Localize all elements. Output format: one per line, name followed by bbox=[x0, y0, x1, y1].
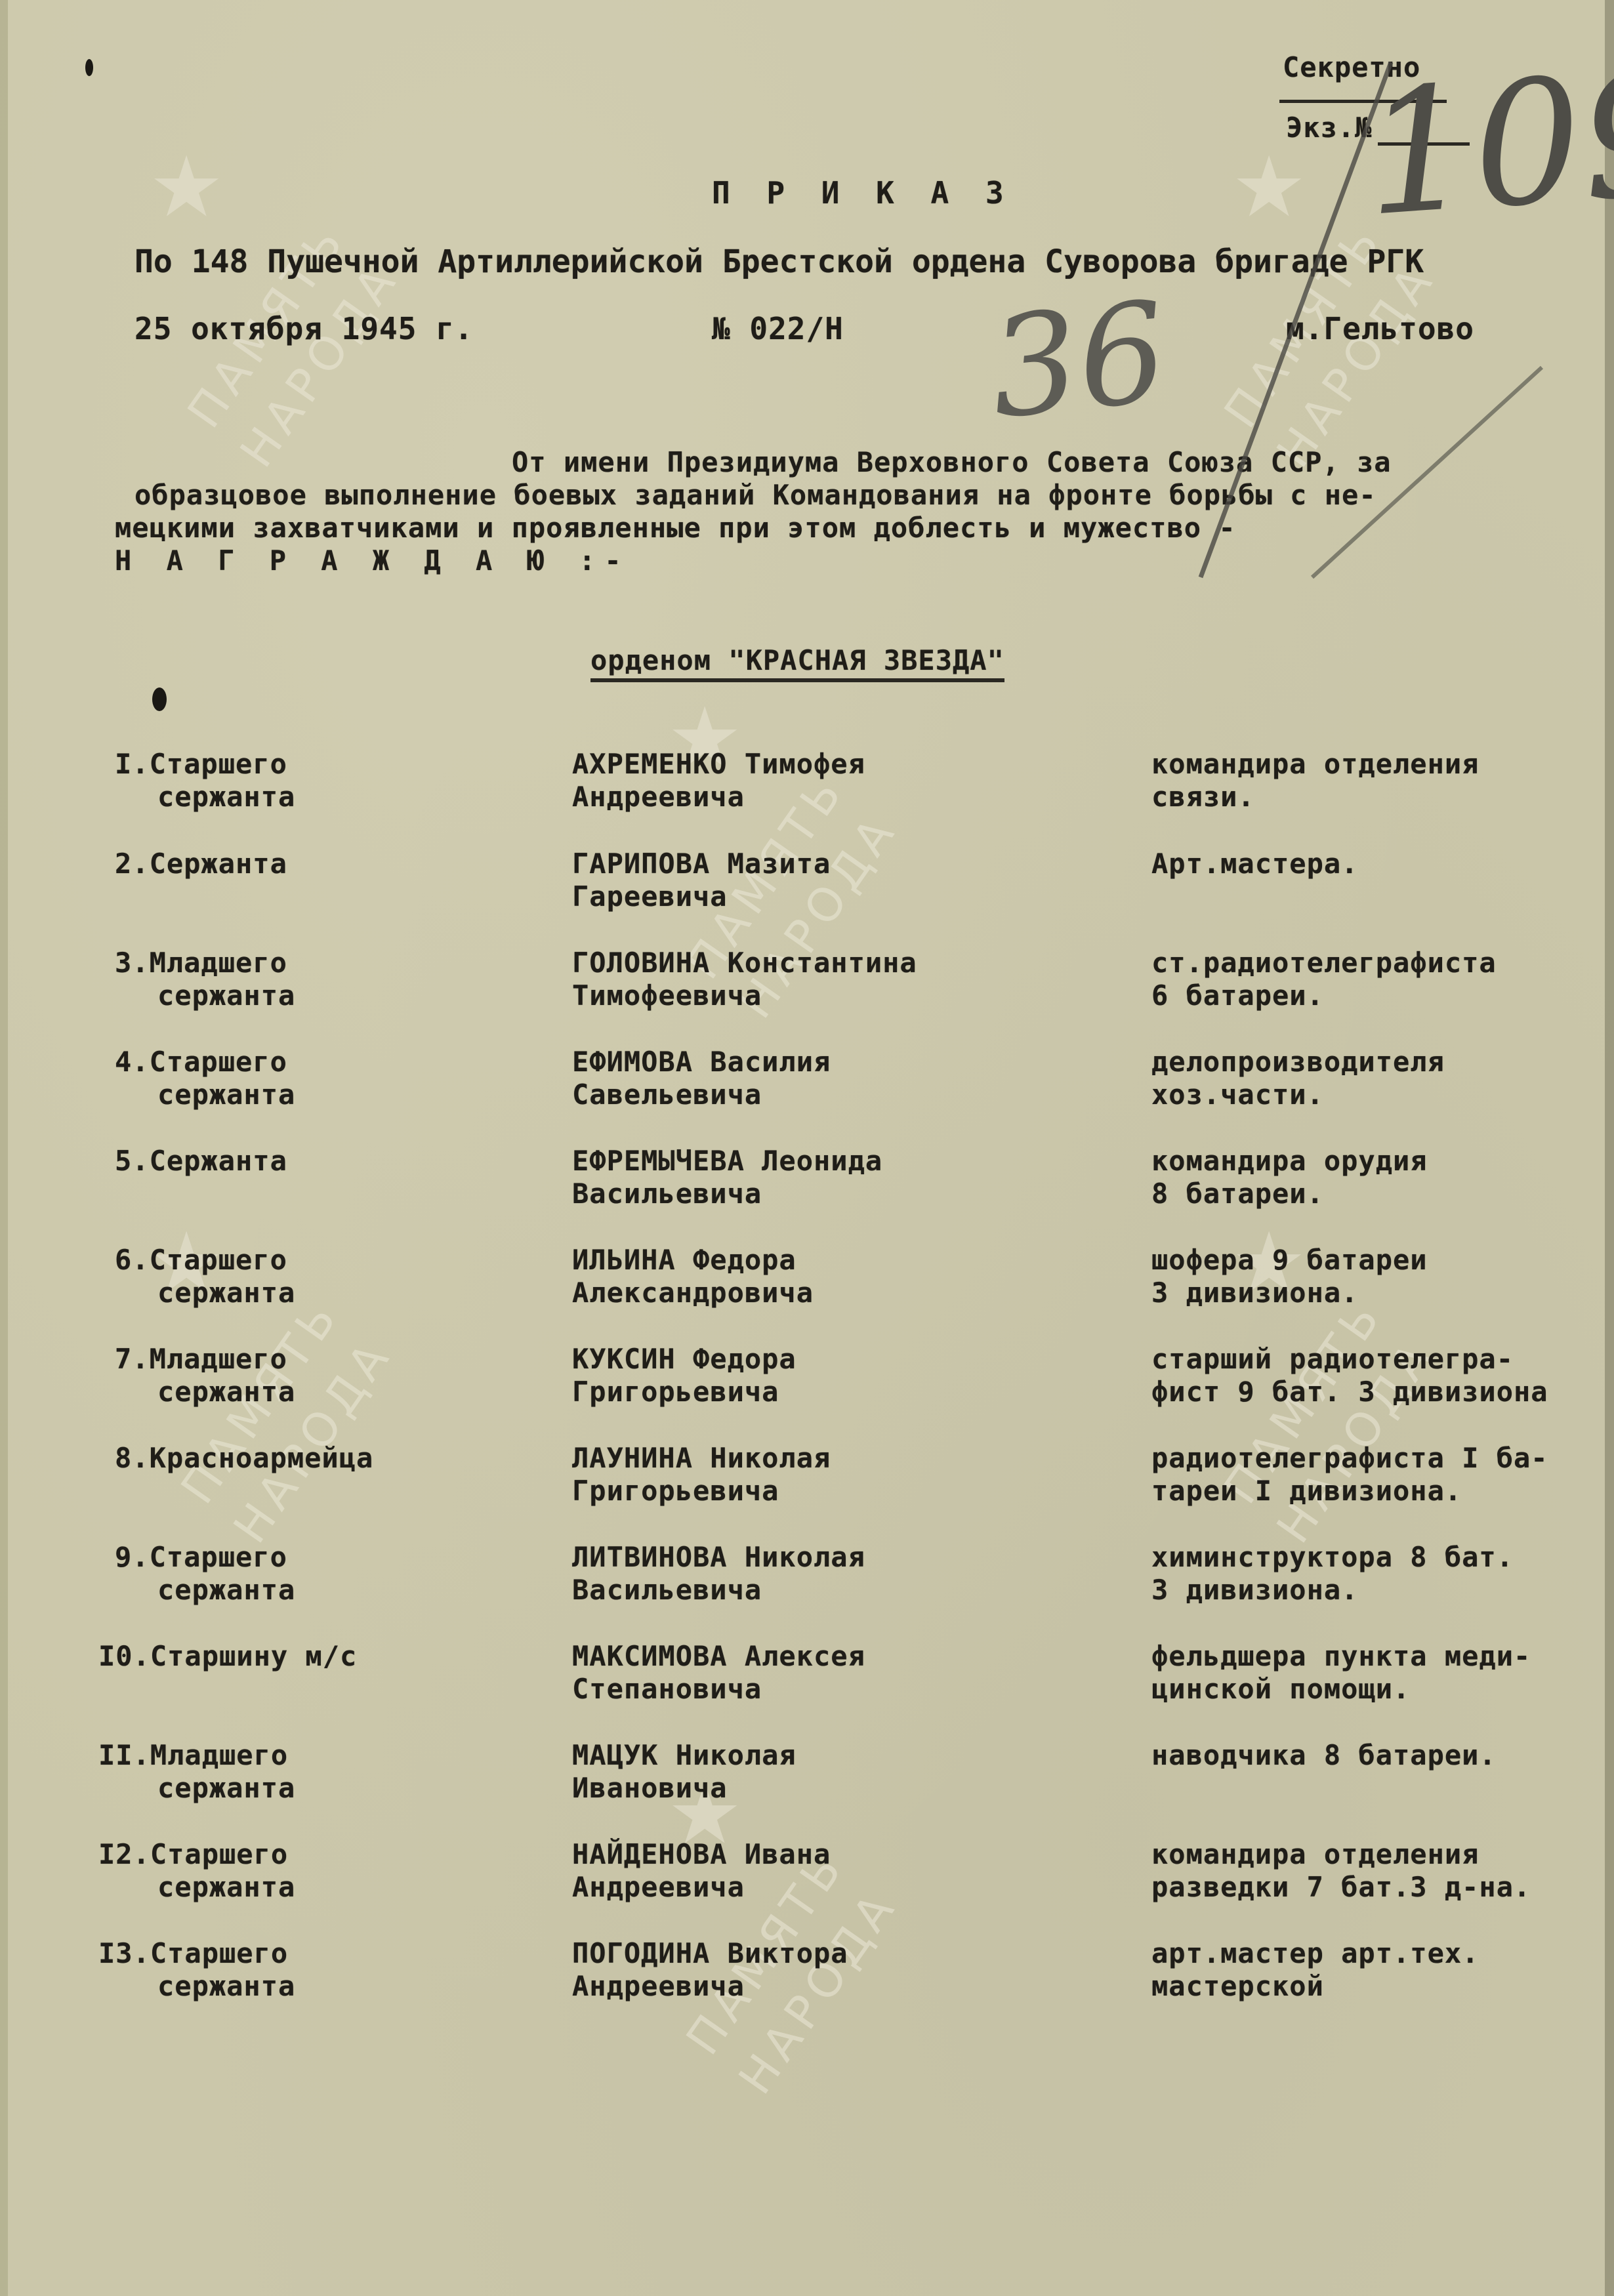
awardee-rank: I2.Старшегосержанта bbox=[98, 1838, 295, 1904]
awardee-rank: 6.Старшегосержанта bbox=[115, 1244, 295, 1309]
awardee-position: арт.мастер арт.тех.мастерской bbox=[1151, 1937, 1479, 2003]
awardee-name: ЕФРЕМЫЧЕВА ЛеонидаВасильевича bbox=[572, 1145, 882, 1210]
punch-hole bbox=[152, 687, 167, 711]
awardee-rank: I.Старшегосержанта bbox=[115, 748, 295, 813]
awardee-name: ГОЛОВИНА КонстантинаТимофеевича bbox=[572, 947, 917, 1012]
awardee-position: химинструктора 8 бат.3 дивизиона. bbox=[1151, 1541, 1514, 1607]
awardee-name: АХРЕМЕНКО ТимофеяАндреевича bbox=[572, 748, 865, 813]
awardee-position: наводчика 8 батареи. bbox=[1151, 1739, 1497, 1772]
pencil-stroke-icon bbox=[0, 0, 1614, 590]
awardee-name: ЛИТВИНОВА НиколаяВасильевича bbox=[572, 1541, 865, 1607]
awardee-name: МАЦУК НиколаяИвановича bbox=[572, 1739, 797, 1805]
awardee-rank: 7.Младшегосержанта bbox=[115, 1343, 295, 1408]
awardee-name: ЕФИМОВА ВасилияСавельевича bbox=[572, 1046, 831, 1111]
awardee-name: НАЙДЕНОВА ИванаАндреевича bbox=[572, 1838, 831, 1904]
document-page: ★ ПАМЯТЬ НАРОДА ★ ПАМЯТЬ НАРОДА ★ ПАМЯТЬ… bbox=[0, 0, 1614, 2296]
awardee-rank: 5.Сержанта bbox=[115, 1145, 287, 1178]
awardee-name: ИЛЬИНА ФедораАлександровича bbox=[572, 1244, 814, 1309]
awardee-position: шофера 9 батареи3 дивизиона. bbox=[1151, 1244, 1428, 1309]
awardee-position: делопроизводителяхоз.части. bbox=[1151, 1046, 1445, 1111]
awardee-rank: 9.Старшегосержанта bbox=[115, 1541, 295, 1607]
awardee-position: командира отделенияразведки 7 бат.3 д-на… bbox=[1151, 1838, 1531, 1904]
awardee-name: ЛАУНИНА НиколаяГригорьевича bbox=[572, 1442, 831, 1507]
awardee-rank: I3.Старшегосержанта bbox=[98, 1937, 295, 2003]
award-heading: орденом "КРАСНАЯ ЗВЕЗДА" bbox=[590, 644, 1004, 682]
awardee-position: командира отделениясвязи. bbox=[1151, 748, 1479, 813]
awardee-rank: I0.Старшину м/с bbox=[98, 1640, 357, 1673]
awardee-rank: II.Младшегосержанта bbox=[98, 1739, 295, 1805]
awardee-rank: 4.Старшегосержанта bbox=[115, 1046, 295, 1111]
awardee-rank: 3.Младшегосержанта bbox=[115, 947, 295, 1012]
awardee-name: КУКСИН ФедораГригорьевича bbox=[572, 1343, 797, 1408]
awardee-position: фельдшера пункта меди-цинской помощи. bbox=[1151, 1640, 1531, 1706]
awardee-rank: 8.Красноармейца bbox=[115, 1442, 373, 1475]
awardee-name: МАКСИМОВА АлексеяСтепановича bbox=[572, 1640, 865, 1706]
awardee-name: ГАРИПОВА МазитаГареевича bbox=[572, 848, 831, 913]
awardee-name: ПОГОДИНА ВиктораАндреевича bbox=[572, 1937, 848, 2003]
awardee-position: ст.радиотелеграфиста6 батареи. bbox=[1151, 947, 1497, 1012]
awardee-rank: 2.Сержанта bbox=[115, 848, 287, 880]
awardee-position: командира орудия8 батареи. bbox=[1151, 1145, 1428, 1210]
awardee-position: Арт.мастера. bbox=[1151, 848, 1358, 880]
awardee-position: радиотелеграфиста I ба-тареи I дивизиона… bbox=[1151, 1442, 1548, 1507]
awardee-position: старший радиотелегра-фист 9 бат. 3 дивиз… bbox=[1151, 1343, 1548, 1408]
